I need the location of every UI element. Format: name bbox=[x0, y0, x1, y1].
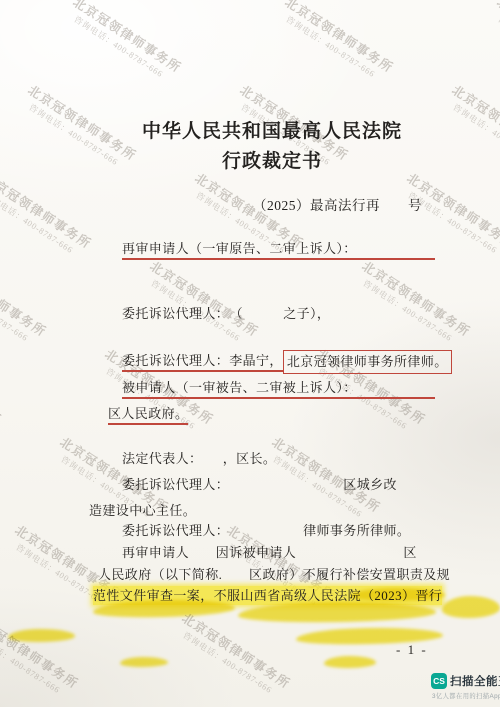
text-line: 再审申请人 因诉被申请人 区 bbox=[95, 543, 435, 562]
red-underline-extension bbox=[357, 258, 435, 260]
text-line: 造建设中心主任。 bbox=[89, 501, 435, 520]
scanned-document-page: 北京冠领律师事务所咨询电话：400-8787-666北京冠领律师事务所咨询电话：… bbox=[0, 0, 500, 707]
red-underlined-text: 被申请人（一审被告、二审被上诉人）： bbox=[122, 378, 357, 399]
text-line: 委托诉讼代理人： 律师事务所律师。 bbox=[95, 521, 435, 540]
text-line: 范性文件审查一案，不服山西省高级人民法院（2023）晋行 bbox=[93, 586, 435, 605]
page-number: - 1 - bbox=[396, 642, 428, 658]
text-line: 法定代表人： ，区长。 bbox=[95, 449, 435, 468]
plain-text: 委托诉讼代理人： 律师事务所律师。 bbox=[122, 521, 410, 540]
court-title: 中华人民共和国最高人民法院 bbox=[0, 116, 500, 143]
text-line: 区人民政府。 bbox=[108, 404, 435, 425]
text-line: 委托诉讼代理人：李晶宁，北京冠领律师事务所律师。 bbox=[95, 351, 435, 372]
red-underlined-text: 委托诉讼代理人：李晶宁， bbox=[122, 351, 283, 372]
plain-text: 委托诉讼代理人： 区城乡改 bbox=[122, 475, 397, 494]
plain-text: 法定代表人： ，区长。 bbox=[122, 449, 276, 468]
plain-text: 再审申请人 因诉被申请人 区 bbox=[122, 543, 417, 562]
text-line: 委托诉讼代理人： 区城乡改 bbox=[95, 475, 435, 494]
camscanner-app-name: 扫描全能王 bbox=[450, 673, 500, 689]
camscanner-badge[interactable]: CS 扫描全能王 3亿人都在用的扫描App bbox=[431, 673, 500, 700]
document-content: 中华人民共和国最高人民法院 行政裁定书 （2025）最高法行再 号 再审申请人（… bbox=[0, 0, 500, 707]
plain-text: 人民政府（以下简称. 区政府）不履行补偿安置职责及规 bbox=[98, 565, 450, 584]
plain-text: 委托诉讼代理人： （ 之子）， bbox=[122, 304, 330, 323]
plain-text: 造建设中心主任。 bbox=[89, 501, 196, 520]
camscanner-tagline: 3亿人都在用的扫描App bbox=[431, 691, 500, 700]
red-boxed-text: 北京冠领律师事务所律师。 bbox=[283, 350, 452, 374]
camscanner-icon: CS bbox=[431, 673, 447, 689]
text-line: 再审申请人（一审原告、二审上诉人）： bbox=[95, 239, 435, 260]
highlighted-text: 范性文件审查一案，不服山西省高级人民法院（2023）晋行 bbox=[93, 586, 442, 605]
red-underlined-text: 区人民政府。 bbox=[108, 404, 188, 425]
case-number: （2025）最高法行再 号 bbox=[253, 194, 422, 214]
text-line: 被申请人（一审被告、二审被上诉人）： bbox=[95, 378, 435, 399]
red-underlined-text: 再审申请人（一审原告、二审上诉人）： bbox=[122, 239, 357, 260]
text-line: 人民政府（以下简称. 区政府）不履行补偿安置职责及规 bbox=[98, 565, 435, 584]
text-line: 委托诉讼代理人： （ 之子）， bbox=[95, 304, 435, 323]
ruling-type-title: 行政裁定书 bbox=[0, 146, 500, 173]
red-underline-extension bbox=[357, 397, 435, 399]
